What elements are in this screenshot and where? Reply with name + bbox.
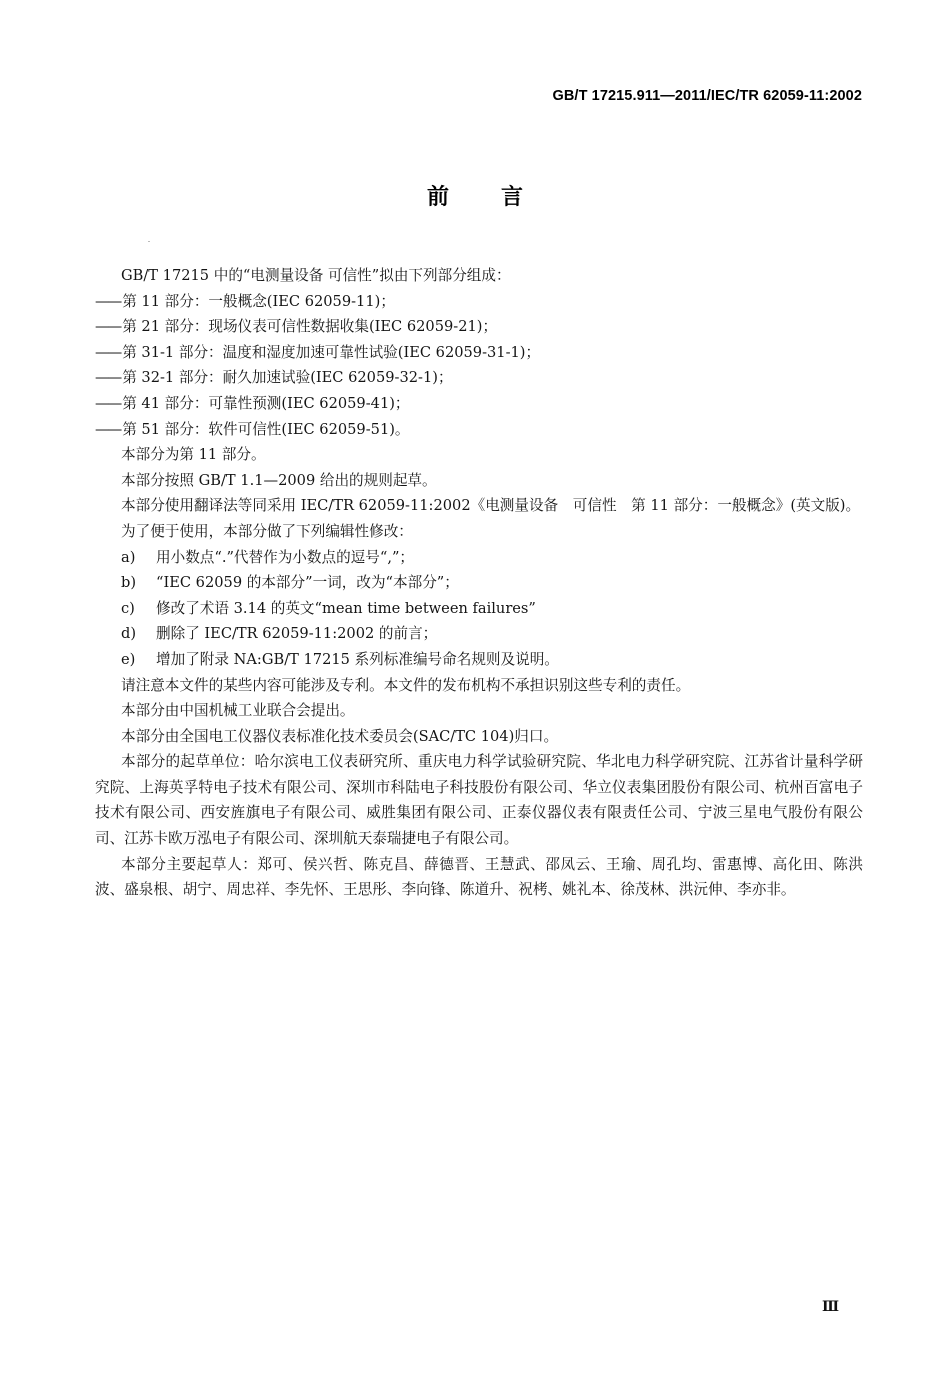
modification-item: d)删除了 IEC/TR 62059-11:2002 的前言；	[95, 621, 863, 647]
page-number: Ⅲ	[822, 1299, 839, 1315]
list-marker: d)	[121, 621, 156, 647]
drafting-units-paragraph: 本部分的起草单位：哈尔滨电工仪表研究所、重庆电力科学试验研究院、华北电力科学研究…	[95, 749, 863, 851]
parts-list: ——第 11 部分：一般概念(IEC 62059-11)； ——第 21 部分：…	[95, 289, 863, 443]
part-item: ——第 41 部分：可靠性预测(IEC 62059-41)；	[95, 391, 863, 417]
modification-text: 修改了术语 3.14 的英文“mean time between failure…	[156, 596, 863, 622]
part-number-paragraph: 本部分为第 11 部分。	[95, 442, 863, 468]
part-item: ——第 31-1 部分：温度和湿度加速可靠性试验(IEC 62059-31-1)…	[95, 340, 863, 366]
drafters-paragraph: 本部分主要起草人：郑可、侯兴哲、陈克昌、薛德晋、王慧武、邵凤云、王瑜、周孔均、雷…	[95, 852, 863, 903]
part-text: 第 41 部分：可靠性预测(IEC 62059-41)；	[122, 395, 409, 412]
modifications-list: a)用小数点“.”代替作为小数点的逗号“,”； b)“IEC 62059 的本部…	[95, 545, 863, 673]
standard-number-header: GB/T 17215.911—2011/IEC/TR 62059-11:2002	[552, 88, 862, 104]
part-text: 第 21 部分：现场仪表可信性数据收集(IEC 62059-21)；	[122, 318, 497, 335]
part-text: 第 51 部分：软件可信性(IEC 62059-51)。	[122, 421, 409, 438]
scan-artifact	[148, 241, 150, 242]
foreword-body: GB/T 17215 中的“电测量设备 可信性”拟由下列部分组成： ——第 11…	[95, 263, 863, 903]
dash-marker: ——	[95, 369, 120, 386]
part-item: ——第 11 部分：一般概念(IEC 62059-11)；	[95, 289, 863, 315]
modifications-intro: 为了便于使用，本部分做了下列编辑性修改：	[95, 519, 863, 545]
part-text: 第 32-1 部分：耐久加速试验(IEC 62059-32-1)；	[122, 369, 452, 386]
list-marker: a)	[121, 545, 156, 571]
list-marker: b)	[121, 570, 156, 596]
part-text: 第 11 部分：一般概念(IEC 62059-11)；	[122, 293, 395, 310]
dash-marker: ——	[95, 344, 120, 361]
drafting-rules-paragraph: 本部分按照 GB/T 1.1—2009 给出的规则起草。	[95, 468, 863, 494]
dash-marker: ——	[95, 395, 120, 412]
document-page: GB/T 17215.911—2011/IEC/TR 62059-11:2002…	[0, 0, 950, 1388]
title-char-2: 言	[501, 185, 523, 210]
list-marker: e)	[121, 647, 156, 673]
modification-item: b)“IEC 62059 的本部分”一词，改为“本部分”；	[95, 570, 863, 596]
adoption-paragraph: 本部分使用翻译法等同采用 IEC/TR 62059-11:2002《电测量设备 …	[95, 493, 863, 519]
modification-text: “IEC 62059 的本部分”一词，改为“本部分”；	[156, 570, 863, 596]
modification-text: 增加了附录 NA:GB/T 17215 系列标准编号命名规则及说明。	[156, 647, 863, 673]
intro-paragraph: GB/T 17215 中的“电测量设备 可信性”拟由下列部分组成：	[95, 263, 863, 289]
dash-marker: ——	[95, 318, 120, 335]
modification-item: a)用小数点“.”代替作为小数点的逗号“,”；	[95, 545, 863, 571]
page-title: 前言	[0, 180, 950, 211]
part-item: ——第 51 部分：软件可信性(IEC 62059-51)。	[95, 417, 863, 443]
part-text: 第 31-1 部分：温度和湿度加速可靠性试验(IEC 62059-31-1)；	[122, 344, 540, 361]
modification-item: e)增加了附录 NA:GB/T 17215 系列标准编号命名规则及说明。	[95, 647, 863, 673]
dash-marker: ——	[95, 293, 120, 310]
modification-text: 删除了 IEC/TR 62059-11:2002 的前言；	[156, 621, 863, 647]
modification-text: 用小数点“.”代替作为小数点的逗号“,”；	[156, 545, 863, 571]
dash-marker: ——	[95, 421, 120, 438]
modification-item: c)修改了术语 3.14 的英文“mean time between failu…	[95, 596, 863, 622]
proposed-by-paragraph: 本部分由中国机械工业联合会提出。	[95, 698, 863, 724]
part-item: ——第 21 部分：现场仪表可信性数据收集(IEC 62059-21)；	[95, 314, 863, 340]
centralized-by-paragraph: 本部分由全国电工仪器仪表标准化技术委员会(SAC/TC 104)归口。	[95, 724, 863, 750]
list-marker: c)	[121, 596, 156, 622]
title-char-1: 前	[427, 185, 449, 210]
part-item: ——第 32-1 部分：耐久加速试验(IEC 62059-32-1)；	[95, 365, 863, 391]
patent-notice: 请注意本文件的某些内容可能涉及专利。本文件的发布机构不承担识别这些专利的责任。	[95, 673, 863, 699]
